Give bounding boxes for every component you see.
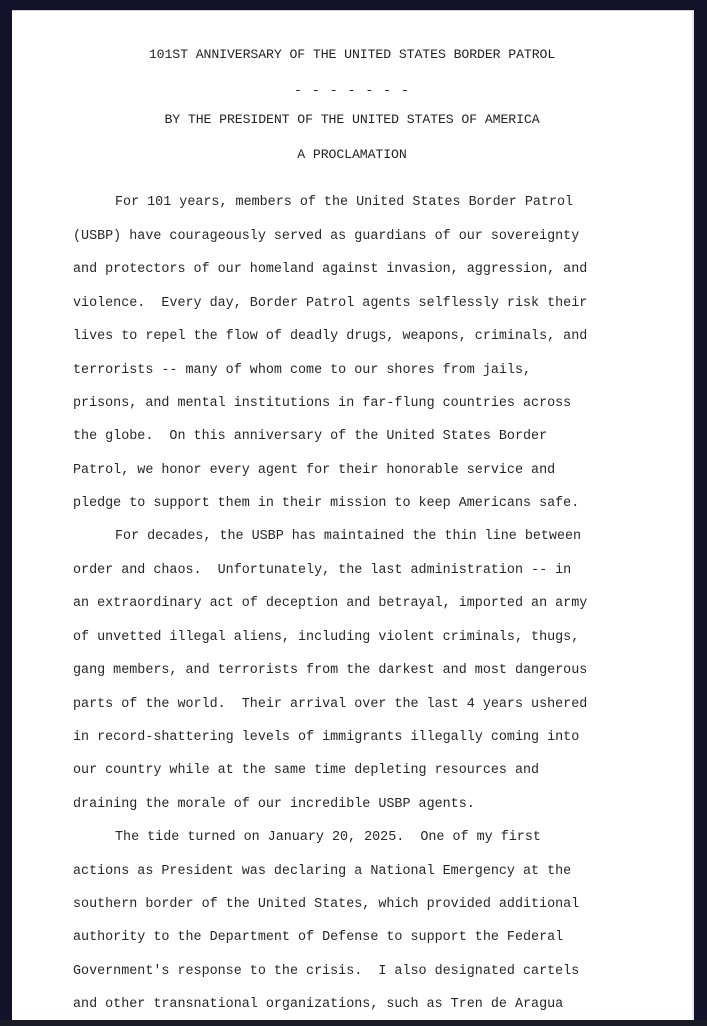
document-subtitle: A PROCLAMATION — [12, 147, 692, 162]
body-line: pledge to support them in their mission … — [73, 496, 579, 511]
document-page: 101ST ANNIVERSARY OF THE UNITED STATES B… — [12, 10, 694, 1020]
body-line: and other transnational organizations, s… — [73, 997, 563, 1012]
body-line: and protectors of our homeland against i… — [73, 262, 587, 277]
body-line: For decades, the USBP has maintained the… — [115, 529, 581, 544]
body-line: the globe. On this anniversary of the Un… — [73, 429, 547, 444]
body-line: actions as President was declaring a Nat… — [73, 864, 571, 879]
body-line: violence. Every day, Border Patrol agent… — [73, 296, 587, 311]
body-line: terrorists -- many of whom come to our s… — [73, 363, 531, 378]
viewer-bottom-bar — [0, 1020, 707, 1026]
document-title: 101ST ANNIVERSARY OF THE UNITED STATES B… — [12, 47, 692, 62]
body-line: an extraordinary act of deception and be… — [73, 596, 587, 611]
body-line: draining the morale of our incredible US… — [73, 797, 475, 812]
body-line: southern border of the United States, wh… — [73, 897, 579, 912]
body-line: gang members, and terrorists from the da… — [73, 663, 587, 678]
body-line: For 101 years, members of the United Sta… — [115, 195, 573, 210]
body-line: order and chaos. Unfortunately, the last… — [73, 563, 571, 578]
body-line: (USBP) have courageously served as guard… — [73, 229, 579, 244]
body-line: Patrol, we honor every agent for their h… — [73, 463, 555, 478]
body-line: of unvetted illegal aliens, including vi… — [73, 630, 579, 645]
body-line: in record-shattering levels of immigrant… — [73, 730, 579, 745]
body-line: The tide turned on January 20, 2025. One… — [115, 830, 541, 845]
body-line: our country while at the same time deple… — [73, 763, 539, 778]
body-line: authority to the Department of Defense t… — [73, 930, 563, 945]
document-byline: BY THE PRESIDENT OF THE UNITED STATES OF… — [12, 112, 692, 127]
body-line: Government's response to the crisis. I a… — [73, 964, 579, 979]
body-line: lives to repel the flow of deadly drugs,… — [73, 329, 587, 344]
body-line: prisons, and mental institutions in far-… — [73, 396, 571, 411]
body-line: parts of the world. Their arrival over t… — [73, 697, 587, 712]
title-separator: - - - - - - - — [12, 83, 692, 98]
